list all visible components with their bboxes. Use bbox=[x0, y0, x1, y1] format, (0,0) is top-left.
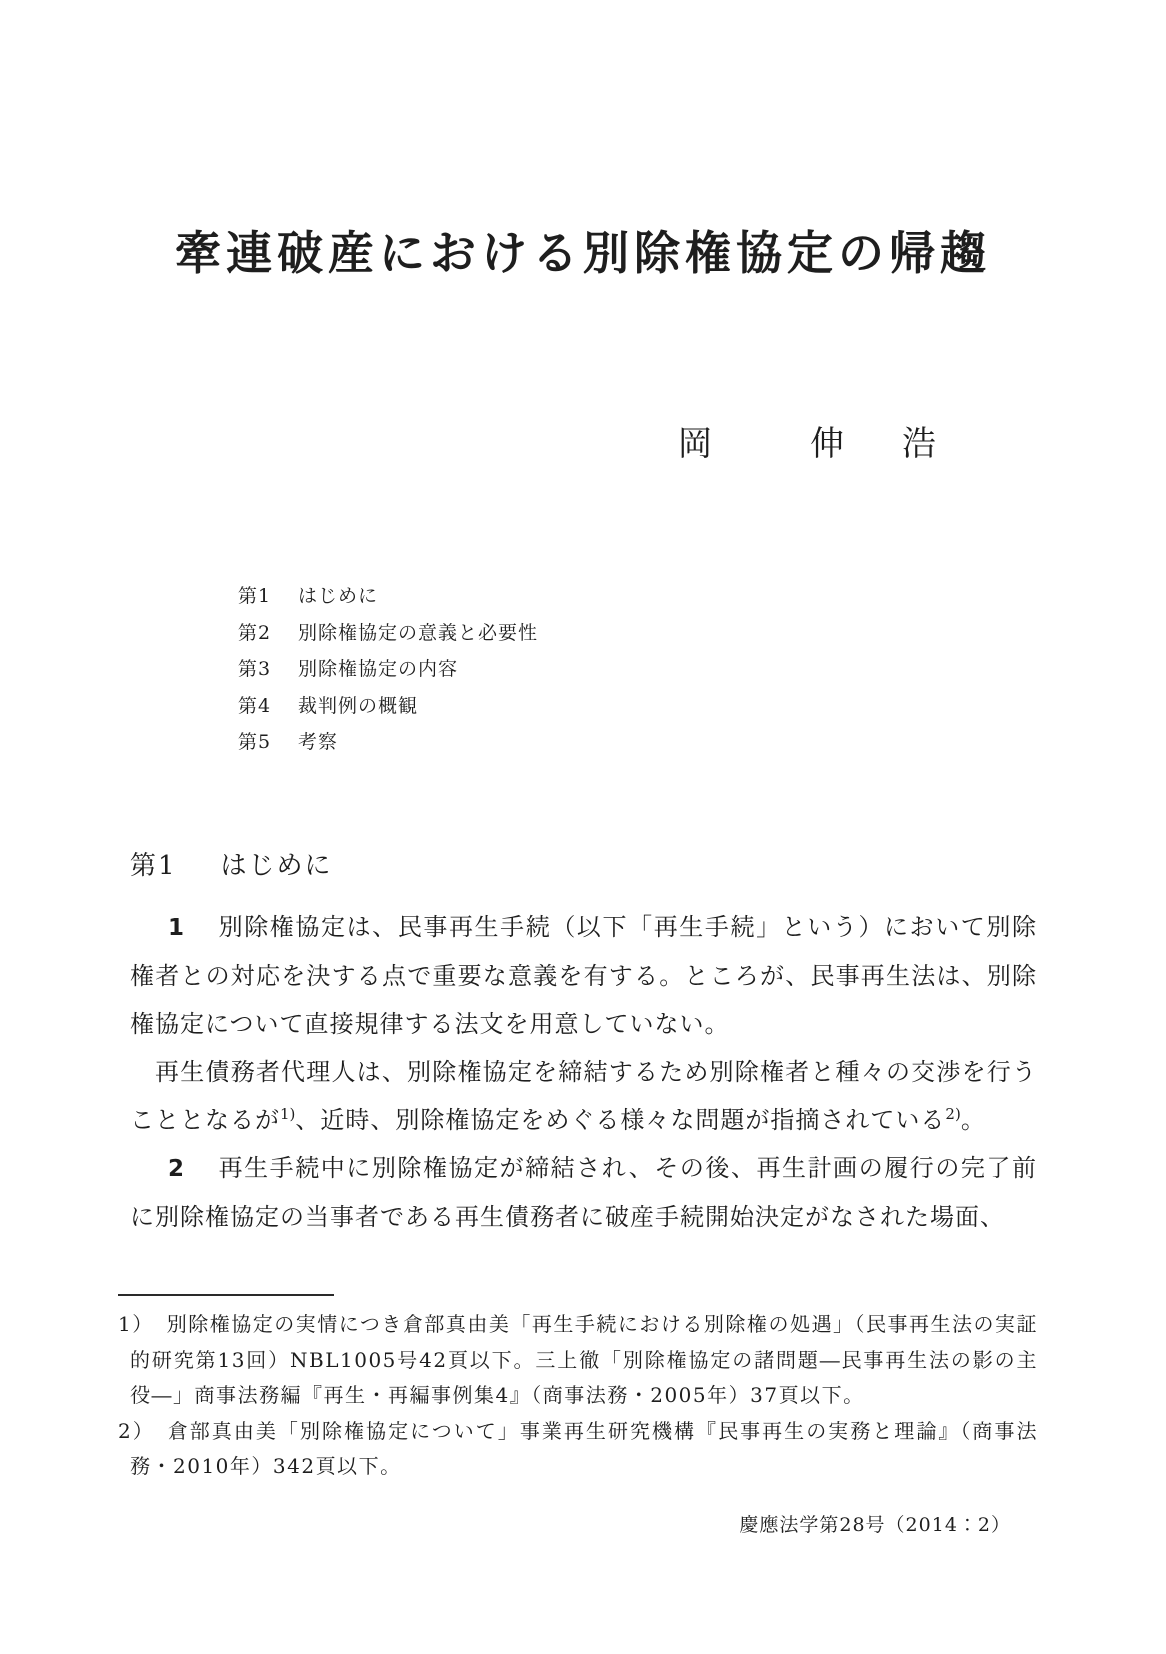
toc-item-label: 別除権協定の内容 bbox=[298, 651, 458, 688]
paper-page: 牽連破産における別除権協定の帰趨 岡伸浩 第1 はじめに 第2 別除権協定の意義… bbox=[0, 0, 1166, 1654]
toc-item-4: 第4 裁判例の概観 bbox=[238, 688, 538, 725]
section-number: 第1 bbox=[130, 851, 177, 881]
paper-title: 牽連破産における別除権協定の帰趨 bbox=[0, 226, 1166, 281]
toc-item-label: はじめに bbox=[298, 578, 378, 615]
footnote-marker: 1） bbox=[118, 1312, 154, 1336]
paragraph-2: 再生債務者代理人は、別除権協定を締結するため別除権者と種々の交渉を行うこととなる… bbox=[130, 1048, 1037, 1144]
toc-item-number: 第5 bbox=[238, 724, 298, 761]
toc-item-1: 第1 はじめに bbox=[238, 578, 538, 615]
section-title: はじめに bbox=[221, 851, 333, 881]
paragraph-number: 2 bbox=[168, 1156, 185, 1182]
toc-item-3: 第3 別除権協定の内容 bbox=[238, 651, 538, 688]
section-heading: 第1はじめに bbox=[130, 851, 333, 882]
paragraph-text: 、近時、別除権協定をめぐる様々な問題が指摘されている bbox=[295, 1106, 945, 1134]
toc-item-number: 第2 bbox=[238, 615, 298, 652]
body-text: 1別除権協定は、民事再生手続（以下「再生手続」という）において別除権者との対応を… bbox=[130, 903, 1037, 1241]
paragraph-1: 1別除権協定は、民事再生手続（以下「再生手続」という）において別除権者との対応を… bbox=[130, 903, 1037, 1048]
footnote-marker: 2） bbox=[118, 1419, 155, 1443]
toc-item-label: 裁判例の概観 bbox=[298, 688, 418, 725]
footnote-ref-1: 1) bbox=[280, 1105, 295, 1123]
paragraph-text: 。 bbox=[961, 1106, 986, 1134]
author-char: 浩 bbox=[902, 424, 936, 464]
footnote-1: 1）別除権協定の実情につき倉部真由美「再生手続における別除権の処遇」（民事再生法… bbox=[118, 1307, 1038, 1414]
journal-footer: 慶應法学第28号（2014：2） bbox=[739, 1512, 1011, 1539]
toc-item-label: 考察 bbox=[298, 724, 338, 761]
footnote-separator bbox=[118, 1294, 334, 1296]
footnote-ref-2: 2) bbox=[945, 1105, 960, 1123]
toc-item-number: 第3 bbox=[238, 651, 298, 688]
toc-item-5: 第5 考察 bbox=[238, 724, 538, 761]
author-name: 岡伸浩 bbox=[678, 424, 936, 465]
toc-item-2: 第2 別除権協定の意義と必要性 bbox=[238, 615, 538, 652]
paragraph-text: 別除権協定は、民事再生手続（以下「再生手続」という）において別除権者との対応を決… bbox=[130, 913, 1037, 1038]
toc-item-number: 第4 bbox=[238, 688, 298, 725]
paragraph-text: 再生手続中に別除権協定が締結され、その後、再生計画の履行の完了前に別除権協定の当… bbox=[130, 1154, 1037, 1231]
footnote-text: 倉部真由美「別除権協定について」事業再生研究機構『民事再生の実務と理論』（商事法… bbox=[130, 1419, 1038, 1479]
paragraph-3: 2再生手続中に別除権協定が締結され、その後、再生計画の履行の完了前に別除権協定の… bbox=[130, 1144, 1037, 1241]
footnotes: 1）別除権協定の実情につき倉部真由美「再生手続における別除権の処遇」（民事再生法… bbox=[118, 1307, 1038, 1485]
toc-item-label: 別除権協定の意義と必要性 bbox=[298, 615, 538, 652]
author-char: 伸 bbox=[810, 424, 844, 464]
footnote-text: 別除権協定の実情につき倉部真由美「再生手続における別除権の処遇」（民事再生法の実… bbox=[130, 1312, 1038, 1407]
table-of-contents: 第1 はじめに 第2 別除権協定の意義と必要性 第3 別除権協定の内容 第4 裁… bbox=[238, 578, 538, 761]
paragraph-number: 1 bbox=[168, 915, 185, 941]
footnote-2: 2）倉部真由美「別除権協定について」事業再生研究機構『民事再生の実務と理論』（商… bbox=[118, 1414, 1038, 1485]
author-char: 岡 bbox=[678, 424, 712, 464]
toc-item-number: 第1 bbox=[238, 578, 298, 615]
